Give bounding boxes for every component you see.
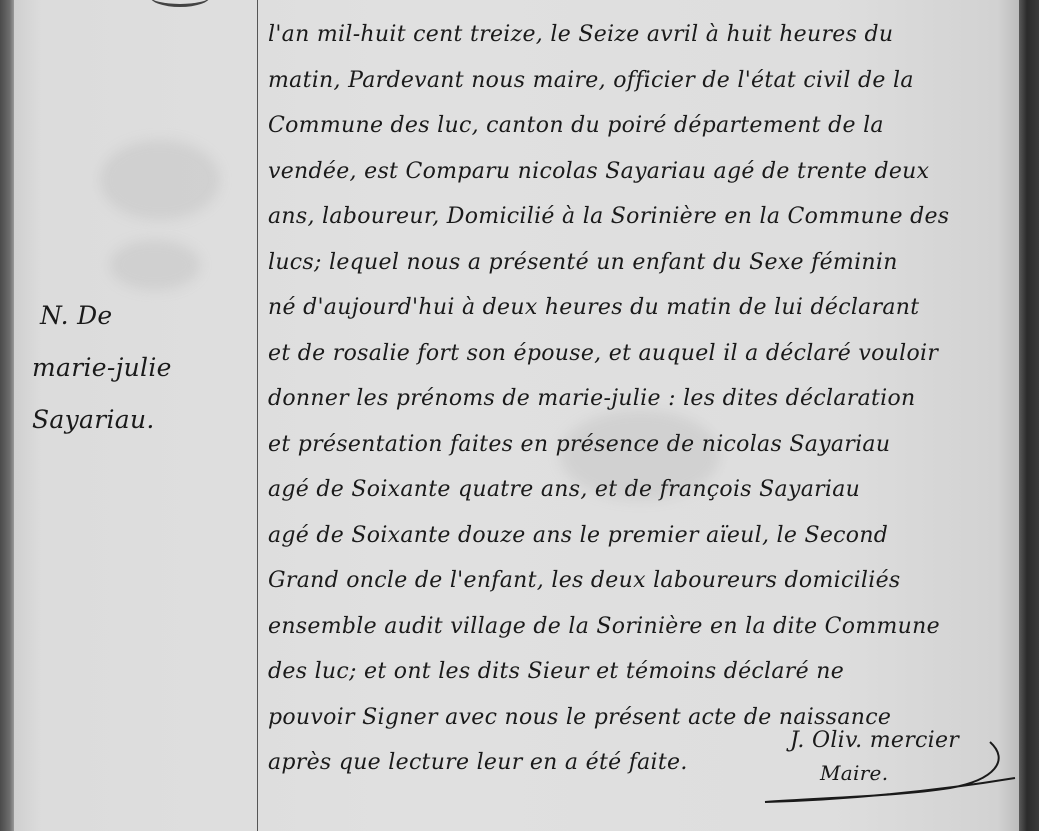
text-line: ans, laboureur, Domicilié à la Sorinière…: [268, 194, 1020, 240]
ink-blot: [150, 0, 210, 7]
page-binding-edge: [1019, 0, 1039, 831]
text-line: l'an mil-huit cent treize, le Seize avri…: [268, 12, 1020, 58]
text-line: et de rosalie fort son épouse, et auquel…: [268, 331, 1020, 377]
text-line: et présentation faites en présence de ni…: [268, 422, 1020, 468]
text-line: Grand oncle de l'enfant, les deux labour…: [268, 558, 1020, 604]
text-line: agé de Soixante douze ans le premier aïe…: [268, 513, 1020, 559]
margin-line: marie-julie: [32, 342, 242, 394]
text-line: Commune des luc, canton du poiré départe…: [268, 103, 1020, 149]
register-page: N. De marie-julie Sayariau. l'an mil-hui…: [0, 0, 1039, 831]
text-line: vendée, est Comparu nicolas Sayariau agé…: [268, 149, 1020, 195]
text-line: né d'aujourd'hui à deux heures du matin …: [268, 285, 1020, 331]
paper-stain: [100, 140, 220, 220]
signature-flourish-icon: [760, 740, 1020, 810]
text-line: des luc; et ont les dits Sieur et témoin…: [268, 649, 1020, 695]
paper-stain: [110, 240, 200, 290]
margin-line: Sayariau.: [32, 394, 242, 446]
margin-annotation: N. De marie-julie Sayariau.: [32, 290, 242, 446]
margin-rule: [257, 0, 258, 831]
text-line: agé de Soixante quatre ans, et de franço…: [268, 467, 1020, 513]
margin-line: N. De: [32, 290, 242, 342]
text-line: matin, Pardevant nous maire, officier de…: [268, 58, 1020, 104]
page-left-edge: [0, 0, 14, 831]
record-body: l'an mil-huit cent treize, le Seize avri…: [268, 12, 1020, 786]
text-line: donner les prénoms de marie-julie : les …: [268, 376, 1020, 422]
text-line: lucs; lequel nous a présenté un enfant d…: [268, 240, 1020, 286]
text-line: ensemble audit village de la Sorinière e…: [268, 604, 1020, 650]
